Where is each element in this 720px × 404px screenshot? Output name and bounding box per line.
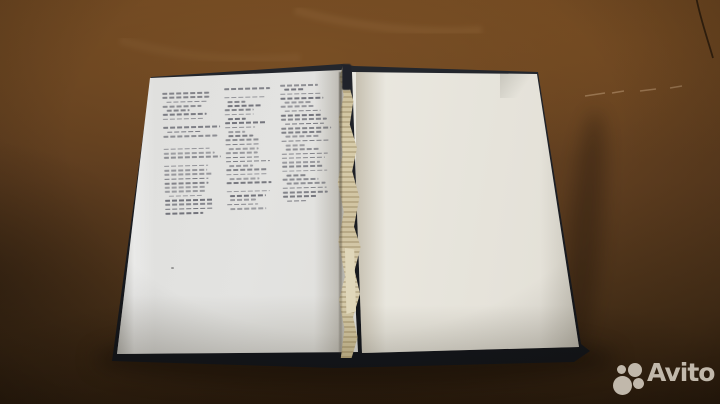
text-line bbox=[166, 100, 208, 103]
text-line bbox=[225, 113, 254, 115]
text-line bbox=[165, 190, 207, 193]
text-line bbox=[163, 126, 220, 129]
spine-seam bbox=[339, 72, 342, 354]
text-line bbox=[227, 203, 258, 205]
text-line bbox=[280, 84, 318, 87]
text-line bbox=[230, 199, 255, 201]
text-line bbox=[281, 131, 322, 134]
text-line bbox=[164, 147, 210, 150]
text-line bbox=[165, 182, 209, 185]
text-line bbox=[226, 160, 270, 163]
text-line bbox=[165, 207, 214, 210]
text-line bbox=[228, 118, 246, 120]
watermark-text: Avito bbox=[647, 358, 714, 387]
text-line bbox=[169, 195, 202, 198]
index-text-block bbox=[158, 81, 342, 226]
text-line bbox=[286, 174, 306, 176]
text-line bbox=[165, 199, 214, 202]
text-line bbox=[165, 186, 207, 189]
text-line bbox=[281, 118, 327, 121]
text-line bbox=[282, 165, 323, 168]
text-line bbox=[226, 143, 260, 146]
photo-stage: Avito bbox=[0, 0, 720, 404]
text-line bbox=[167, 109, 190, 111]
text-line bbox=[229, 135, 254, 137]
logo-dot-large bbox=[613, 376, 632, 395]
text-line bbox=[165, 212, 203, 215]
text-line bbox=[281, 105, 314, 108]
text-line bbox=[282, 169, 327, 172]
text-line bbox=[164, 169, 207, 172]
text-line bbox=[164, 173, 213, 176]
index-text-column bbox=[162, 91, 222, 217]
text-line bbox=[281, 139, 328, 142]
text-line bbox=[282, 178, 318, 181]
text-line bbox=[280, 92, 321, 95]
text-line bbox=[224, 87, 270, 90]
avito-watermark: Avito bbox=[606, 357, 718, 399]
light-streak-mark bbox=[120, 40, 300, 59]
text-line bbox=[228, 101, 246, 103]
logo-dot-medium bbox=[628, 363, 642, 377]
text-line bbox=[285, 122, 325, 125]
text-line bbox=[284, 88, 305, 90]
text-line bbox=[164, 164, 208, 167]
text-line bbox=[287, 200, 306, 202]
text-line bbox=[230, 177, 260, 179]
text-line bbox=[226, 173, 268, 176]
page-speck bbox=[171, 267, 174, 269]
text-line bbox=[282, 156, 325, 159]
index-text-column bbox=[280, 83, 335, 204]
text-line bbox=[282, 161, 320, 164]
text-line bbox=[227, 181, 272, 184]
text-line bbox=[225, 139, 260, 142]
text-line bbox=[164, 177, 208, 180]
text-line bbox=[228, 104, 262, 107]
text-line bbox=[229, 165, 252, 167]
text-line bbox=[226, 152, 258, 155]
text-line bbox=[280, 97, 323, 100]
text-line bbox=[167, 130, 202, 133]
text-line bbox=[226, 156, 259, 159]
text-line bbox=[225, 121, 267, 124]
text-line bbox=[231, 207, 267, 210]
text-line bbox=[163, 113, 207, 116]
text-line bbox=[284, 101, 311, 103]
text-line bbox=[164, 151, 215, 154]
text-line bbox=[165, 203, 213, 206]
text-line bbox=[224, 96, 265, 99]
text-line bbox=[283, 186, 327, 189]
text-line bbox=[285, 144, 307, 146]
text-line bbox=[163, 117, 205, 120]
spine-notch bbox=[342, 64, 351, 90]
text-line bbox=[229, 147, 259, 149]
text-line bbox=[164, 156, 221, 159]
index-text-column bbox=[224, 87, 274, 212]
text-line bbox=[283, 191, 328, 194]
text-line bbox=[163, 105, 202, 108]
text-line bbox=[285, 135, 320, 138]
light-streak-mark bbox=[295, 10, 482, 31]
text-line bbox=[282, 152, 328, 155]
logo-dot-small bbox=[617, 365, 626, 374]
text-line bbox=[162, 96, 209, 99]
text-line bbox=[285, 148, 318, 151]
right-page-corner-crease bbox=[500, 72, 540, 98]
text-line bbox=[225, 109, 254, 111]
left-page-bottom-shade bbox=[110, 295, 370, 357]
text-line bbox=[163, 134, 217, 137]
crack-mark bbox=[696, 0, 713, 58]
text-line bbox=[226, 169, 267, 172]
text-line bbox=[286, 182, 325, 185]
text-line bbox=[284, 109, 320, 112]
logo-dot-smallmid bbox=[633, 378, 644, 389]
text-line bbox=[227, 190, 270, 193]
text-line bbox=[225, 126, 255, 128]
scratch-marks bbox=[585, 86, 682, 96]
text-line bbox=[228, 131, 245, 133]
text-line bbox=[281, 114, 321, 117]
text-line bbox=[281, 126, 331, 129]
text-line bbox=[162, 92, 209, 95]
text-line bbox=[230, 194, 266, 197]
text-line bbox=[283, 195, 317, 198]
